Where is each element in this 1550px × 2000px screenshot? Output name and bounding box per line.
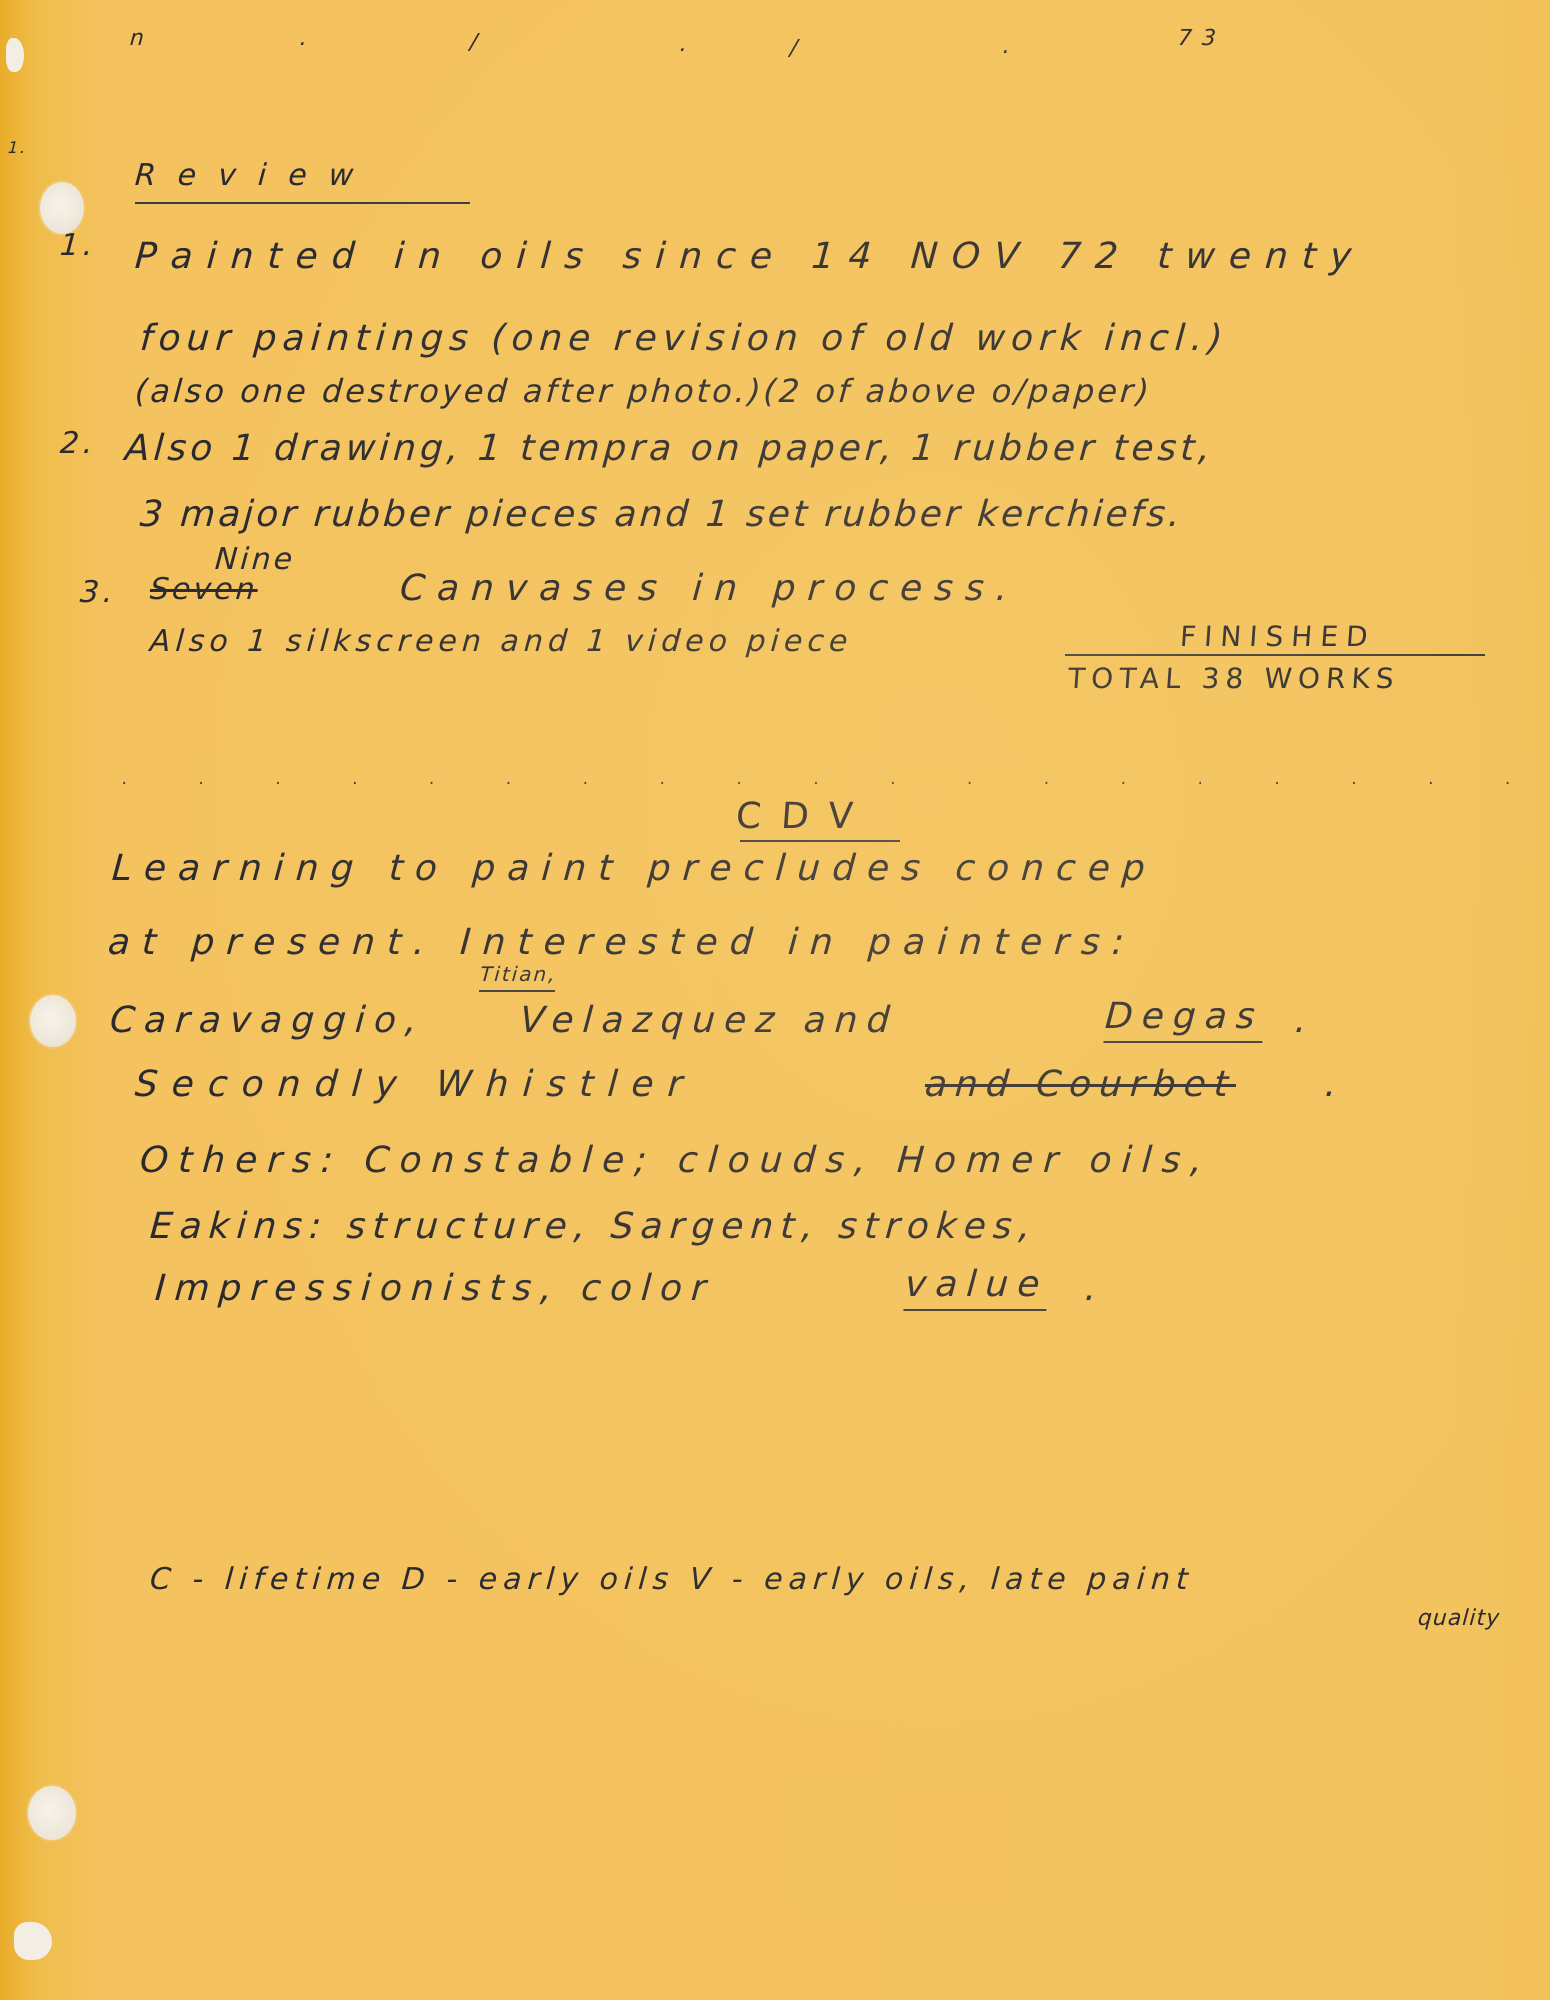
binder-hole-top	[40, 182, 84, 234]
review-item-number: 3.	[79, 575, 118, 610]
review-item-1-line-3: (also one destroyed after photo.)(2 of a…	[134, 372, 1153, 410]
underlined-value: value	[903, 1264, 1050, 1311]
top-mark: n	[129, 26, 147, 51]
top-mark: /	[789, 36, 800, 61]
page-number: 73	[1177, 26, 1227, 51]
binder-hole-bottom	[28, 1786, 76, 1840]
review-item-number: 2.	[59, 426, 98, 461]
cdv-line-2: at present. Interested in painters:	[107, 922, 1138, 963]
total-divider	[1065, 654, 1485, 656]
paper-tear-bottom	[14, 1922, 52, 1960]
struck-word-seven: Seven	[149, 572, 259, 607]
last-line-prefix: Impressionists, color	[154, 1268, 717, 1309]
finished-label: FINISHED	[1179, 620, 1377, 653]
review-heading: Review	[134, 158, 377, 193]
review-item-1-line-1: Painted in oils since 14 NOV 72 twenty	[134, 236, 1367, 277]
dotted-separator: . . . . . . . . . . . . . . . . . . . . …	[120, 772, 1550, 788]
painter-degas-underlined: Degas	[1103, 996, 1265, 1043]
footnote-line: C - lifetime D - early oils V - early oi…	[149, 1562, 1195, 1597]
binder-hole-middle	[30, 995, 76, 1047]
cdv-heading-underline	[740, 840, 900, 842]
others-line-1: Others: Constable; clouds, Homer oils,	[139, 1140, 1214, 1181]
top-mark: .	[299, 26, 310, 51]
total-works-label: TOTAL 38 WORKS	[1067, 662, 1401, 695]
review-also-line: Also 1 silkscreen and 1 video piece	[149, 624, 854, 659]
notebook-page: n . / . / . 73 1. Review 1. Painted in o…	[0, 0, 1550, 2000]
last-line-suffix: .	[1084, 1268, 1104, 1309]
top-mark: .	[1002, 34, 1013, 59]
cdv-heading: CDV	[735, 796, 875, 837]
review-item-number: 1.	[59, 228, 98, 263]
review-item-3-line-1: Canvases in process.	[399, 568, 1021, 609]
top-mark: /	[469, 30, 480, 55]
footnote-continuation: quality	[1417, 1606, 1501, 1631]
review-item-2-line-2: 3 major rubber pieces and 1 set rubber k…	[139, 494, 1185, 535]
secondly-line-suffix: .	[1324, 1064, 1344, 1105]
review-item-1-line-2: four paintings (one revision of old work…	[139, 318, 1230, 359]
review-item-2-line-1: Also 1 drawing, 1 tempra on paper, 1 rub…	[124, 428, 1216, 469]
painters-line-middle: Velazquez and	[519, 1000, 900, 1041]
others-line-2: Eakins: structure, Sargent, strokes,	[149, 1206, 1039, 1247]
painters-line-prefix: Caravaggio,	[109, 1000, 427, 1041]
struck-and-courbet: and Courbet	[924, 1064, 1238, 1105]
painters-line-suffix: .	[1294, 1000, 1314, 1041]
review-heading-underline	[135, 202, 470, 204]
inserted-word-titian: Titian,	[479, 962, 558, 992]
margin-mark: 1.	[7, 138, 28, 157]
secondly-line-prefix: Secondly Whistler	[134, 1064, 698, 1105]
paper-tear-top	[6, 38, 24, 72]
cdv-line-1: Learning to paint precludes concep	[111, 848, 1159, 889]
top-mark: .	[679, 32, 690, 57]
